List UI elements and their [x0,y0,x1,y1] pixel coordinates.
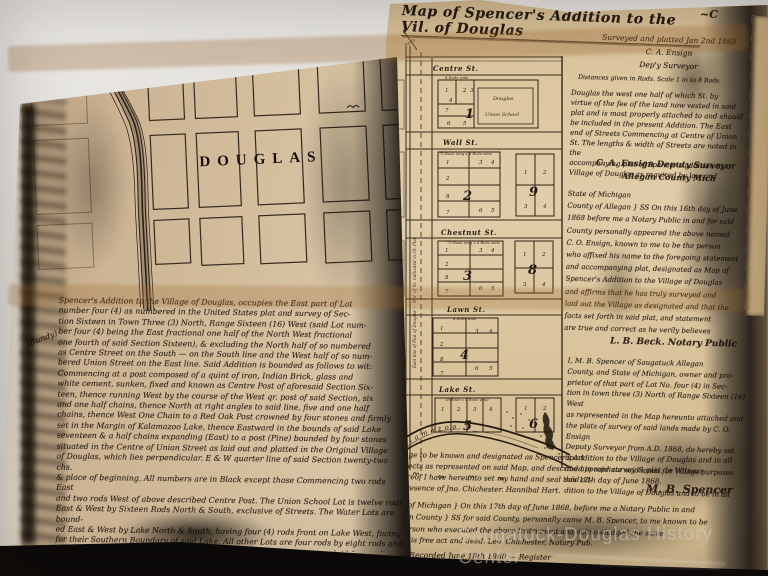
svg-text:1: 1 [524,406,528,412]
svg-text:3: 3 [475,329,479,335]
svg-text:4: 4 [490,248,495,254]
svg-text:5: 5 [463,121,467,127]
map-frame [406,46,562,474]
svg-text:4 Rods wide: 4 Rods wide [444,75,469,80]
svg-text:1: 1 [445,88,449,94]
svg-text:2: 2 [456,407,461,413]
svg-text:Chestnut St.: Chestnut St. [441,228,497,237]
svg-text:1: 1 [523,252,527,258]
svg-text:8: 8 [445,275,449,281]
svg-text:7: 7 [440,371,444,377]
toner-blotch [620,420,750,510]
svg-text:2: 2 [439,342,444,348]
svg-text:73 Rods long x 4 Rods wide: 73 Rods long x 4 Rods wide [439,151,493,156]
svg-text:3: 3 [479,248,483,254]
svg-text:2: 2 [542,170,547,176]
svg-text:Douglas: Douglas [492,96,514,102]
svg-text:Lake St.: Lake St. [438,385,476,394]
svg-text:5: 5 [489,366,493,372]
svg-text:5: 5 [491,208,495,214]
svg-text:1: 1 [465,107,474,122]
svg-text:Centre St.: Centre St. [433,64,479,73]
svg-text:2: 2 [542,406,547,412]
left-margin-core [22,104,35,544]
svg-text:3: 3 [470,88,474,94]
svg-text:3: 3 [473,407,477,413]
svg-text:4: 4 [488,329,493,335]
svg-text:8: 8 [440,357,444,363]
svg-text:1: 1 [446,160,450,166]
svg-text:6: 6 [475,366,479,372]
svg-text:8: 8 [446,194,450,200]
svg-text:9: 9 [529,185,538,200]
svg-text:6: 6 [479,208,483,214]
plat-map-svg: Centre St. 4 Rods wide Wall St. 73 Rods … [383,28,573,480]
svg-text:3: 3 [524,204,528,210]
svg-text:1: 1 [445,248,449,254]
svg-text:Wall St.: Wall St. [443,138,478,147]
svg-text:2: 2 [462,88,467,94]
svg-text:4: 4 [542,204,547,210]
svg-text:6: 6 [529,417,538,432]
svg-text:1: 1 [441,407,445,413]
toner-blotch [596,240,641,330]
svg-text:4: 4 [490,160,495,166]
svg-text:Union School: Union School [485,112,519,118]
svg-text:1: 1 [524,170,528,176]
svg-text:4 Rods wide: 4 Rods wide [452,316,477,321]
svg-text:4: 4 [448,98,453,104]
svg-text:6: 6 [447,121,451,127]
svg-text:2: 2 [541,252,546,258]
svg-text:3: 3 [479,160,483,166]
svg-text:16 Rods x 4 Rods wide: 16 Rods x 4 Rods wide [445,397,489,402]
svg-text:4: 4 [460,348,469,363]
svg-text:3: 3 [463,269,472,284]
svg-text:1: 1 [440,326,444,332]
svg-text:2: 2 [445,176,450,182]
svg-text:8: 8 [528,263,537,278]
svg-text:2: 2 [444,262,449,268]
svg-text:7: 7 [446,210,450,216]
svg-text:4: 4 [488,407,493,413]
svg-text:7: 7 [445,108,449,114]
svg-text:2: 2 [462,189,472,204]
watermark: Saugatuck-Douglas History Center [458,523,768,570]
svg-text:73 Rods long x 4 Rods wide: 73 Rods long x 4 Rods wide [447,240,501,245]
svg-text:5: 5 [463,419,472,434]
archival-photo-canvas: Map of Spencer's Addition to the Vil. of… [0,0,768,576]
toner-blotch [55,100,130,270]
